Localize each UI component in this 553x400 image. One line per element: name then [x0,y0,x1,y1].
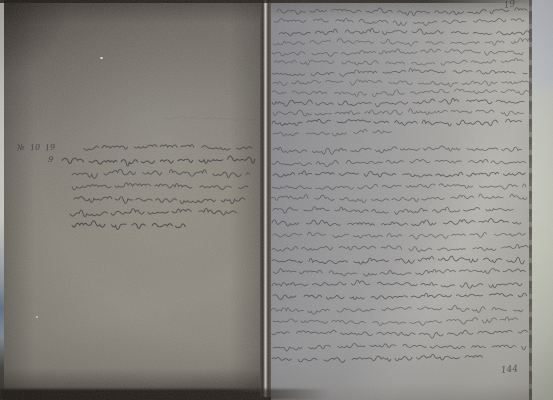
photo-grain-overlay [0,0,553,400]
archival-photo-ledger-spread: № 10 19 9 19 144 [0,0,553,400]
